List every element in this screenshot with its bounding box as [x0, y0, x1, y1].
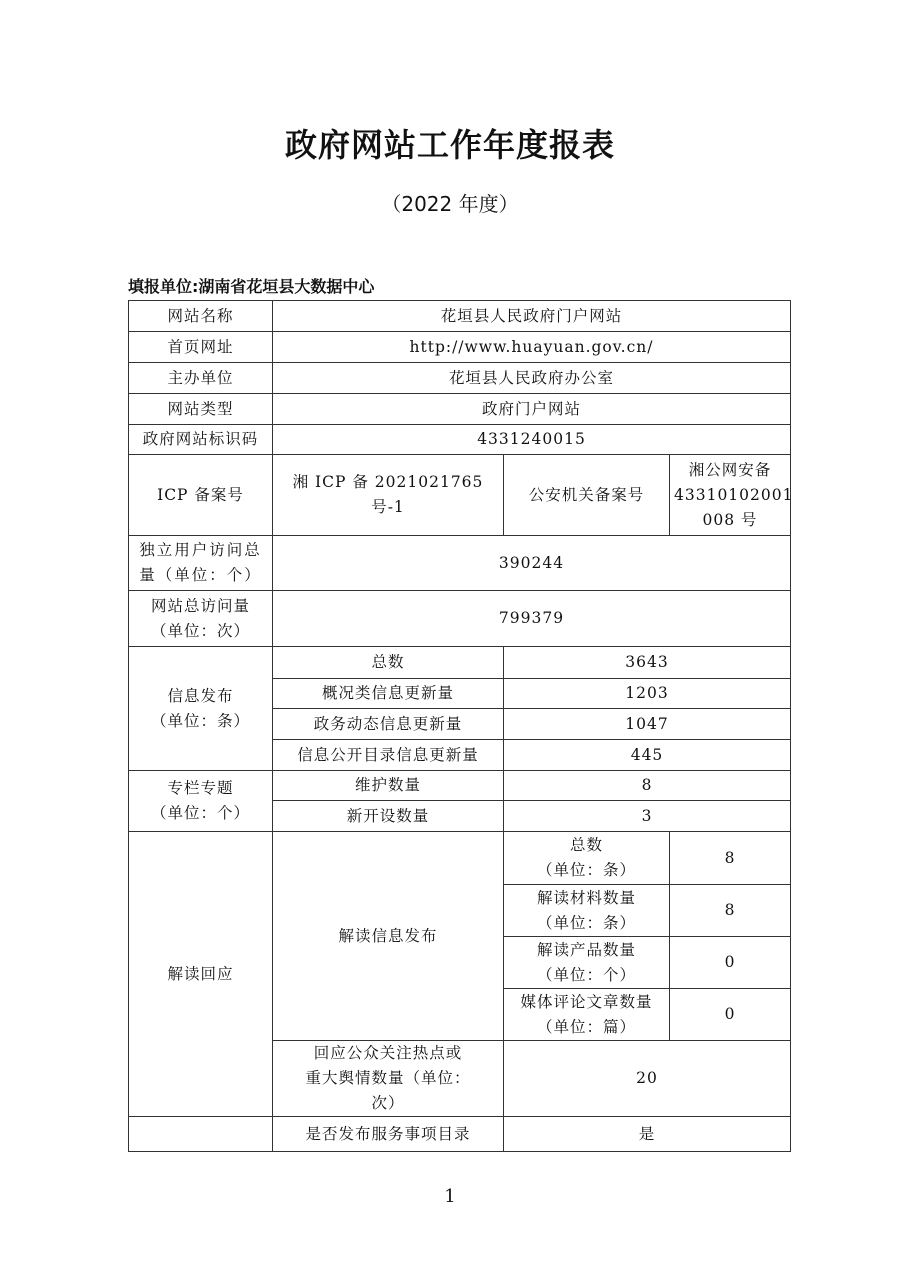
cell-label: 网站总访问量 （单位：次） — [129, 591, 273, 647]
cell-value: 390244 — [273, 536, 791, 591]
cell-label: 概况类信息更新量 — [273, 679, 504, 709]
cell-label: 首页网址 — [129, 332, 273, 363]
cell-label: 回应公众关注热点或 重大舆情数量（单位： 次） — [273, 1041, 504, 1117]
cell-subgroup-label: 解读信息发布 — [273, 832, 504, 1041]
cell-value: 8 — [670, 885, 791, 937]
table-row: 网站类型 政府门户网站 — [129, 394, 791, 425]
cell-label: 政务动态信息更新量 — [273, 709, 504, 740]
page-number: 1 — [0, 1186, 900, 1207]
cell-label: 维护数量 — [273, 771, 504, 801]
cell-label: 公安机关备案号 — [504, 455, 670, 536]
cell-label: 主办单位 — [129, 363, 273, 394]
table-row: 信息发布 （单位：条） 总数 3643 — [129, 647, 791, 679]
cell-value: 0 — [670, 937, 791, 989]
cell-label: 解读材料数量 （单位：条） — [504, 885, 670, 937]
cell-value: 是 — [504, 1117, 791, 1152]
cell-group-label: 信息发布 （单位：条） — [129, 647, 273, 771]
cell-value: 8 — [504, 771, 791, 801]
cell-label: 解读产品数量 （单位：个） — [504, 937, 670, 989]
document-subtitle: （2022 年度） — [0, 188, 900, 217]
cell-value: 0 — [670, 989, 791, 1041]
cell-group-label: 解读回应 — [129, 832, 273, 1117]
table-row: 是否发布服务事项目录 是 — [129, 1117, 791, 1152]
cell-value: 799379 — [273, 591, 791, 647]
table-row: 独立用户访问总 量（单位：个） 390244 — [129, 536, 791, 591]
cell-value: 4331240015 — [273, 425, 791, 455]
cell-value: 3643 — [504, 647, 791, 679]
cell-value: 445 — [504, 740, 791, 771]
cell-label: 政府网站标识码 — [129, 425, 273, 455]
cell-value: 20 — [504, 1041, 791, 1117]
filler-unit: 填报单位:湖南省花垣县大数据中心 — [128, 274, 374, 297]
cell-label: 独立用户访问总 量（单位：个） — [129, 536, 273, 591]
cell-value: 8 — [670, 832, 791, 885]
homepage-url: http://www.huayuan.gov.cn/ — [273, 332, 791, 363]
cell-value: 湘 ICP 备 2021021765 号-1 — [273, 455, 504, 536]
cell-group-label: 专栏专题 （单位：个） — [129, 771, 273, 832]
table-row: 解读回应 解读信息发布 总数 （单位：条） 8 — [129, 832, 791, 885]
cell-label: ICP 备案号 — [129, 455, 273, 536]
table-row: 专栏专题 （单位：个） 维护数量 8 — [129, 771, 791, 801]
table-row: 网站名称 花垣县人民政府门户网站 — [129, 301, 791, 332]
cell-value: 花垣县人民政府门户网站 — [273, 301, 791, 332]
cell-label: 是否发布服务事项目录 — [273, 1117, 504, 1152]
cell-label: 总数 — [273, 647, 504, 679]
table-row: ICP 备案号 湘 ICP 备 2021021765 号-1 公安机关备案号 湘… — [129, 455, 791, 536]
cell-value: 1203 — [504, 679, 791, 709]
table-row: 网站总访问量 （单位：次） 799379 — [129, 591, 791, 647]
cell-value: 花垣县人民政府办公室 — [273, 363, 791, 394]
cell-value: 3 — [504, 801, 791, 832]
cell-label: 网站名称 — [129, 301, 273, 332]
cell-value: 政府门户网站 — [273, 394, 791, 425]
cell-label: 总数 （单位：条） — [504, 832, 670, 885]
cell-label: 新开设数量 — [273, 801, 504, 832]
table-row: 政府网站标识码 4331240015 — [129, 425, 791, 455]
cell-label: 信息公开目录信息更新量 — [273, 740, 504, 771]
table-row: 主办单位 花垣县人民政府办公室 — [129, 363, 791, 394]
document-title: 政府网站工作年度报表 — [0, 120, 900, 166]
table-row: 首页网址 http://www.huayuan.gov.cn/ — [129, 332, 791, 363]
cell-label: 网站类型 — [129, 394, 273, 425]
cell-value: 1047 — [504, 709, 791, 740]
cell-label: 媒体评论文章数量 （单位：篇） — [504, 989, 670, 1041]
cell-value: 湘公网安备 43310102001 008 号 — [670, 455, 791, 536]
cell-empty — [129, 1117, 273, 1152]
report-table: 网站名称 花垣县人民政府门户网站 首页网址 http://www.huayuan… — [128, 300, 791, 1152]
